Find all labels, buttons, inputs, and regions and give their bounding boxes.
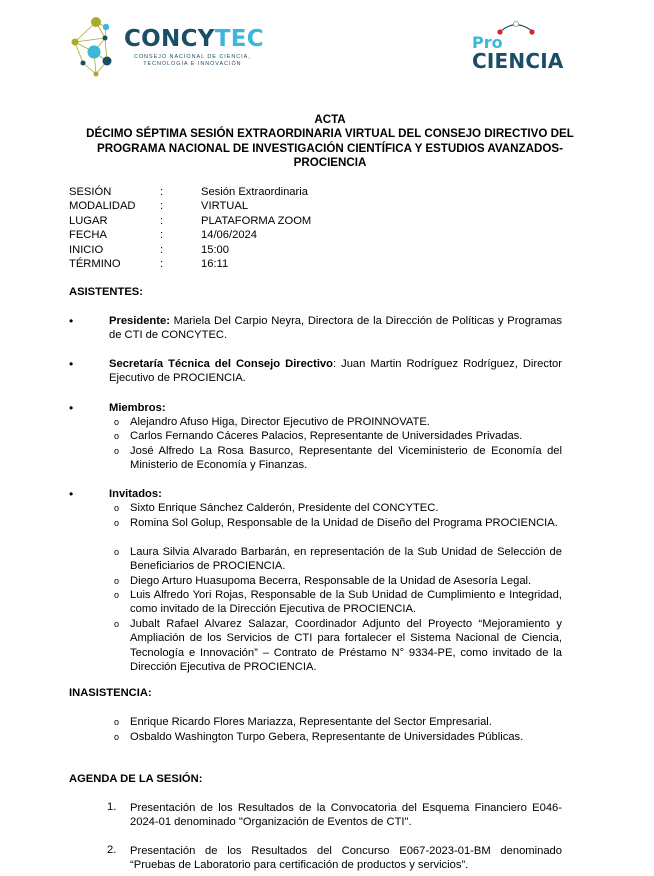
sub-bullet-icon: o [114,732,119,742]
sub-bullet-icon: o [114,547,119,557]
miembros-label: Miembros: [109,401,562,415]
invitado-item: Sixto Enrique Sánchez Calderón, Presiden… [130,501,562,515]
agenda-number: 1. [107,801,116,813]
invitado-item: Luis Alfredo Yori Rojas, Responsable de … [130,588,562,617]
sub-bullet-icon: o [114,590,119,600]
concytec-subtitle: CONSEJO NACIONAL DE CIENCIA, TECNOLOGÍA … [134,54,251,68]
sub-bullet-icon: o [114,518,119,528]
presidente-entry: Presidente: Mariela Del Carpio Neyra, Di… [109,314,562,343]
invitados-label: Invitados: [109,487,562,501]
concytec-wordmark: CONCYTEC [124,28,264,51]
miembro-item: Alejandro Afuso Higa, Director Ejecutivo… [130,415,562,429]
prociencia-logo: Pro CIENCIA [470,18,590,78]
asistentes-heading: ASISTENTES: [69,286,143,298]
invitado-item: Jubalt Rafael Alvarez Salazar, Coordinad… [130,617,562,675]
bullet-icon: • [69,487,73,501]
network-nodes-icon [68,14,132,78]
prociencia-ciencia-text: CIENCIA [472,51,564,71]
bullet-icon: • [69,401,73,415]
miembro-item: Carlos Fernando Cáceres Palacios, Repres… [130,429,562,443]
sub-bullet-icon: o [114,619,119,629]
sub-bullet-icon: o [114,717,119,727]
miembro-item: José Alfredo La Rosa Basurco, Representa… [130,444,562,473]
invitado-item: Romina Sol Golup, Responsable de la Unid… [130,516,562,530]
agenda-heading: AGENDA DE LA SESIÓN: [69,773,202,785]
document-title: ACTA DÉCIMO SÉPTIMA SESIÓN EXTRAORDINARI… [60,113,600,171]
agenda-item: Presentación de los Resultados del Concu… [130,844,562,873]
inasistencia-heading: INASISTENCIA: [69,687,152,699]
sub-bullet-icon: o [114,576,119,586]
bullet-icon: • [69,314,73,328]
agenda-number: 2. [107,844,116,856]
sub-bullet-icon: o [114,417,119,427]
inasistencia-item: Osbaldo Washington Turpo Gebera, Represe… [130,730,562,744]
invitado-item: Diego Arturo Huasupoma Becerra, Responsa… [130,574,562,588]
sub-bullet-icon: o [114,446,119,456]
sub-bullet-icon: o [114,431,119,441]
secretaria-entry: Secretaría Técnica del Consejo Directivo… [109,357,562,386]
concytec-logo: CONCYTEC CONSEJO NACIONAL DE CIENCIA, TE… [68,14,268,78]
sub-bullet-icon: o [114,503,119,513]
invitado-item: Laura Silvia Alvarado Barbarán, en repre… [130,545,562,574]
inasistencia-item: Enrique Ricardo Flores Mariazza, Represe… [130,715,562,729]
bullet-icon: • [69,357,73,371]
agenda-item: Presentación de los Resultados de la Con… [130,801,562,830]
